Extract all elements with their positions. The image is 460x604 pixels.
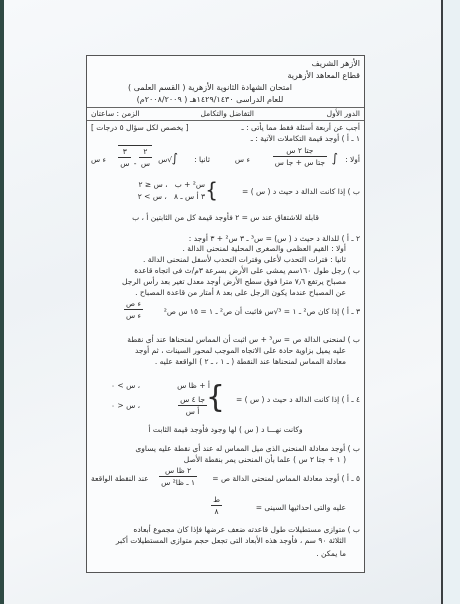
integral-sign: ∫ [332, 153, 338, 164]
instructions-line: أجب عن أربعة أسئلة فقط مما يأتى : ـ [ يخ… [91, 122, 360, 133]
exam-info-row: الدور الأول التفاضل والتكامل الزمن : ساع… [87, 107, 364, 121]
exam-subject: التفاضل والتكامل [200, 108, 254, 120]
institution-name: الأزهر الشريف [90, 58, 360, 70]
exam-round: الدور الأول [327, 108, 360, 120]
piece-1: س² + ب ، س ≤ ٢ [139, 179, 206, 190]
q1a-integrals: أولا : ∫ جتا ٢ س جتا س + جا س ء س ثانيا … [91, 145, 360, 175]
q4b-line: ب ) أوجد معادلة المنحنى الذى ميل المماس … [91, 443, 360, 454]
instructions-text: أجب عن أربعة أسئلة فقط مما يأتى : ـ [242, 123, 360, 132]
q2b-line: ب ) رجل طول ١٦٠سم يمشى على الأرض بسرعة ٣… [91, 265, 360, 276]
exam-document: الأزهر الشريف قطاع المعاهد الأزهرية امتح… [86, 55, 365, 573]
question-text: أوجد قيمة التكاملات الآتية : ـ [251, 134, 339, 143]
scan-margin [443, 0, 460, 604]
q4a-limit: وكانت نهـــا د ( س ) لها وجود فأوجد قيمة… [91, 424, 360, 435]
derivative-fraction: ء ص ء س [124, 298, 143, 321]
q4a-line: ٤ ـ أ ) إذا كانت الدالة د حيث د ( س ) = … [91, 380, 360, 420]
q2a-second: ثانيا : فترات التحدب لأعلى وفترات التحدب… [91, 254, 346, 265]
q1b-continuation: قابلة للاشتقاق عند س = ٢ فأوجد قيمة كل م… [91, 212, 360, 223]
q2b-line-3: عن المصباح عندما يكون الرجل على بعد ٨ أم… [91, 287, 346, 298]
q3b-line: ب ) لمنحنى الدالة ص = س³ + س اثبت أن الم… [91, 334, 360, 345]
q3b-line-3: معادلة المماس لمنحناها عند النقطة ( ـ ١ … [91, 356, 346, 367]
exam-header: الأزهر الشريف قطاع المعاهد الأزهرية امتح… [90, 58, 360, 106]
q2b-line-2: مصباح يرتفع ٧٫٦ مترا فوق سطح الأرض أوجد … [91, 276, 346, 287]
q1a-line: ١ ـ أ ) أوجد قيمة التكاملات الآتية : ـ [91, 133, 360, 144]
radicand: ٢س - ٣س [118, 145, 152, 169]
brace: } [205, 180, 218, 200]
differential: ء س [235, 154, 250, 165]
root-term: √س [158, 154, 172, 165]
differential: ء س [91, 154, 106, 165]
q5b-line-3: ما يمكن . [91, 548, 346, 559]
q4b-line-2: ( ١ + جتا ٢ س ) علما بأن المنحنى يمر بنق… [91, 454, 346, 465]
q1b-line: ب ) إذا كانت الدالة د حيث د ( س ) = } س²… [91, 178, 360, 204]
piece-2: ٣ أ س ـ ٨ ، س > ٢ [138, 191, 205, 202]
q5b-line-2: الثلاثة ٩٠ سم ، فأوجد هذه الأبعاد التى ت… [91, 535, 346, 546]
q3b-line-2: عليه يميل بزاوية حادة على الاتجاه الموجب… [91, 345, 346, 356]
q3a-line: ٣ ـ أ ) إذا كان ص² ـ ١ = ³√س فاثبت أن ص²… [91, 298, 360, 324]
academic-year: للعام الدراسى ١٤٢٩/١٤٣٠هـ ( ٢٠٠٨/٢٠٠٩م) [90, 94, 330, 106]
brace: } [206, 388, 225, 408]
question-label: ١ ـ أ ) [342, 134, 360, 143]
q5a-line: ٥ ـ أ ) أوجد معادلة المماس لمنحنى الدالة… [91, 465, 360, 491]
integral-sign: ∫ [172, 153, 178, 164]
integral-label: أولا : [345, 154, 360, 165]
marks-note: [ يخصص لكل سؤال ٥ درجات ] [91, 122, 189, 133]
integral-label: ثانيا : [194, 154, 210, 165]
sector-name: قطاع المعاهد الأزهرية [90, 70, 360, 82]
exam-time: الزمن : ساعتان [91, 108, 140, 120]
q2a-first: أولا : القيم العظمى والصغرى المحلية لمنح… [91, 243, 346, 254]
question-label: ب ) إذا كانت الدالة د حيث د ( س ) = [242, 186, 360, 197]
exam-title: امتحان الشهادة الثانوية الأزهرية ( القسم… [90, 82, 330, 94]
q5b-line: ب ) متوازى مستطيلات طول قاعدته ضعف عرضها… [91, 524, 360, 535]
q5a-line-2: عليه والتى احداثيها السينى = ط ٨ [91, 494, 360, 520]
integral-fraction: جتا ٢ س جتا س + جا س [273, 145, 327, 168]
